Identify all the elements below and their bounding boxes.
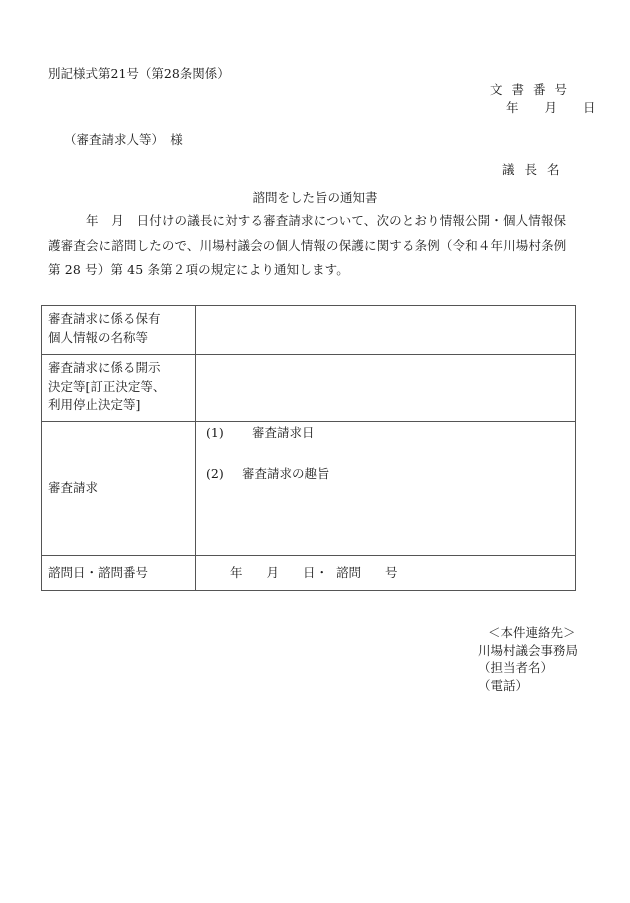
- table-row: 諮問日・諮問番号 年 月 日・ 諮問 号: [42, 556, 576, 591]
- item-number: (2): [206, 465, 242, 484]
- chair-name-label: 議長名: [502, 160, 570, 178]
- item-number: (1): [206, 424, 252, 443]
- item-text: 審査請求日: [252, 425, 315, 440]
- contact-office: 川場村議会事務局: [478, 642, 578, 660]
- label-line: 個人情報の名称等: [48, 329, 189, 348]
- label-line: 審査請求: [48, 479, 189, 498]
- row-value-review-request: (1)審査請求日 (2)審査請求の趣旨: [196, 422, 576, 556]
- date-year: 年: [506, 98, 519, 116]
- contact-phone: （電話）: [478, 677, 578, 695]
- details-table: 審査請求に係る保有 個人情報の名称等 審査請求に係る開示 決定等[訂正決定等、 …: [41, 305, 576, 591]
- row-label-held-info: 審査請求に係る保有 個人情報の名称等: [42, 306, 196, 355]
- row-value-inquiry: 年 月 日・ 諮問 号: [196, 556, 576, 591]
- review-item-date: (1)審査請求日: [206, 424, 575, 443]
- inquiry-date-number: 年 月 日・ 諮問 号: [196, 564, 575, 583]
- addressee: （審査請求人等） 様: [64, 130, 183, 148]
- row-label-inquiry: 諮問日・諮問番号: [42, 556, 196, 591]
- row-value-held-info: [196, 306, 576, 355]
- contact-block: ＜本件連絡先＞ 川場村議会事務局 （担当者名） （電話）: [478, 624, 578, 694]
- inquiry-label: 諮問: [336, 564, 361, 583]
- inquiry-year: 年: [230, 564, 243, 583]
- table-row: 審査請求に係る開示 決定等[訂正決定等、 利用停止決定等]: [42, 355, 576, 422]
- table-row: 審査請求 (1)審査請求日 (2)審査請求の趣旨: [42, 422, 576, 556]
- row-label-disclosure-decision: 審査請求に係る開示 決定等[訂正決定等、 利用停止決定等]: [42, 355, 196, 422]
- document-date: 年 月 日: [500, 98, 596, 116]
- inquiry-number-suffix: 号: [385, 564, 398, 583]
- label-line: 諮問日・諮問番号: [48, 564, 189, 583]
- item-text: 審査請求の趣旨: [242, 466, 330, 481]
- table-row: 審査請求に係る保有 個人情報の名称等: [42, 306, 576, 355]
- contact-heading: ＜本件連絡先＞: [478, 624, 578, 642]
- label-line: 利用停止決定等]: [48, 396, 189, 415]
- row-value-disclosure-decision: [196, 355, 576, 422]
- inquiry-month: 月: [267, 564, 280, 583]
- label-line: 決定等[訂正決定等、: [48, 378, 189, 397]
- body-paragraph: 年 月 日付けの議長に対する審査請求について、次のとおり情報公開・個人情報保護審…: [48, 209, 578, 283]
- contact-person: （担当者名）: [478, 659, 578, 677]
- review-item-purpose: (2)審査請求の趣旨: [206, 465, 575, 484]
- date-day: 日: [583, 98, 596, 116]
- label-line: 審査請求に係る開示: [48, 359, 189, 378]
- row-label-review-request: 審査請求: [42, 422, 196, 556]
- label-line: 審査請求に係る保有: [48, 310, 189, 329]
- document-title: 諮問をした旨の通知書: [0, 188, 630, 206]
- form-number: 別記様式第21号（第28条関係）: [48, 64, 230, 82]
- inquiry-day: 日・: [303, 564, 328, 583]
- date-month: 月: [545, 98, 558, 116]
- document-number-label: 文書番号: [490, 80, 576, 98]
